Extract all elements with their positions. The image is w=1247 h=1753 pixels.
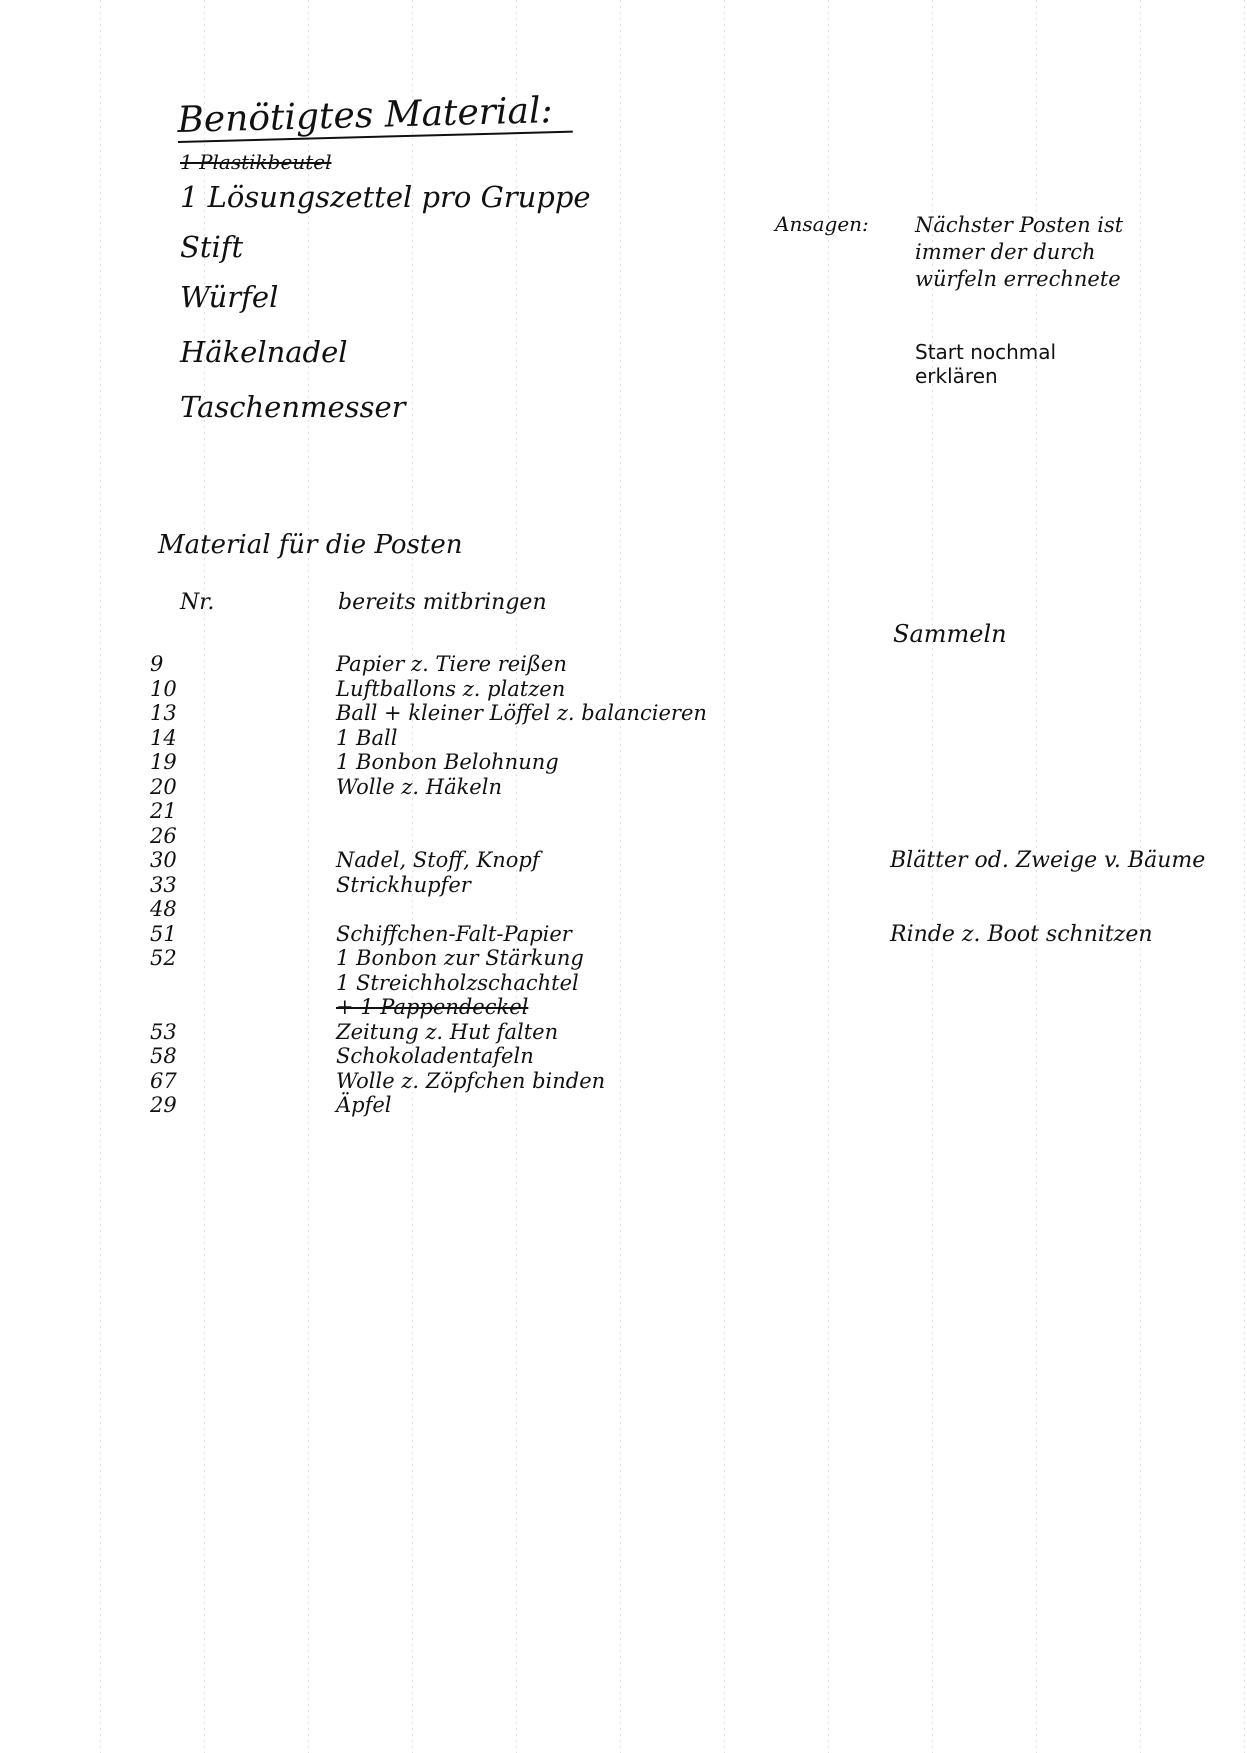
header-collect: Sammeln xyxy=(893,620,1007,648)
station-number: 30 xyxy=(150,848,200,872)
station-bring-item: Schokoladentafeln xyxy=(336,1044,534,1068)
station-number: 58 xyxy=(150,1044,200,1068)
station-number: 26 xyxy=(150,824,200,848)
station-bring-item: Zeitung z. Hut falten xyxy=(336,1020,558,1044)
station-number: 10 xyxy=(150,677,200,701)
station-bring-item: Schiffchen-Falt-Papier xyxy=(336,922,572,946)
announcements-label: Ansagen: xyxy=(775,212,869,236)
station-bring-item: 1 Bonbon zur Stärkung xyxy=(336,946,584,970)
station-number: 51 xyxy=(150,922,200,946)
station-bring-item: Wolle z. Häkeln xyxy=(336,775,502,799)
station-number: 9 xyxy=(150,652,200,676)
station-bring-item: Ball + kleiner Löffel z. balancieren xyxy=(336,701,707,725)
station-number: 19 xyxy=(150,750,200,774)
station-bring-item: + 1 Pappendeckel xyxy=(336,995,528,1019)
material-item: Häkelnadel xyxy=(180,335,348,369)
material-item: Würfel xyxy=(180,280,278,314)
material-item-struck: 1 Plastikbeutel xyxy=(180,150,331,174)
station-bring-item: Luftballons z. platzen xyxy=(336,677,565,701)
station-collect-item: Blätter od. Zweige v. Bäume xyxy=(890,848,1205,873)
station-bring-item: Nadel, Stoff, Knopf xyxy=(336,848,540,872)
header-nr: Nr. xyxy=(180,590,214,615)
header-bring: bereits mitbringen xyxy=(338,590,547,615)
station-number: 14 xyxy=(150,726,200,750)
material-item: 1 Lösungszettel pro Gruppe xyxy=(180,180,591,214)
announcement-next-station: Nächster Posten ist immer der durch würf… xyxy=(915,212,1123,293)
stations-title: Material für die Posten xyxy=(158,530,462,560)
station-bring-item: Äpfel xyxy=(336,1093,392,1117)
station-bring-item: 1 Ball xyxy=(336,726,397,750)
station-number: 13 xyxy=(150,701,200,725)
station-number: 33 xyxy=(150,873,200,897)
station-bring-item: Strickhupfer xyxy=(336,873,471,897)
station-number: 67 xyxy=(150,1069,200,1093)
station-bring-item: 1 Streichholzschachtel xyxy=(336,971,579,995)
station-number: 53 xyxy=(150,1020,200,1044)
announcement-start: Start nochmal erklären xyxy=(915,340,1056,388)
material-item: Stift xyxy=(180,230,243,264)
material-item: Taschenmesser xyxy=(180,390,405,424)
materials-title: Benötigtes Material: xyxy=(177,90,573,143)
station-bring-item: Wolle z. Zöpfchen binden xyxy=(336,1069,605,1093)
station-number: 48 xyxy=(150,897,200,921)
station-number: 52 xyxy=(150,946,200,970)
station-number: 20 xyxy=(150,775,200,799)
station-collect-item: Rinde z. Boot schnitzen xyxy=(890,922,1153,947)
station-number: 21 xyxy=(150,799,200,823)
station-bring-item: Papier z. Tiere reißen xyxy=(336,652,567,676)
station-bring-item: 1 Bonbon Belohnung xyxy=(336,750,559,774)
station-number: 29 xyxy=(150,1093,200,1117)
